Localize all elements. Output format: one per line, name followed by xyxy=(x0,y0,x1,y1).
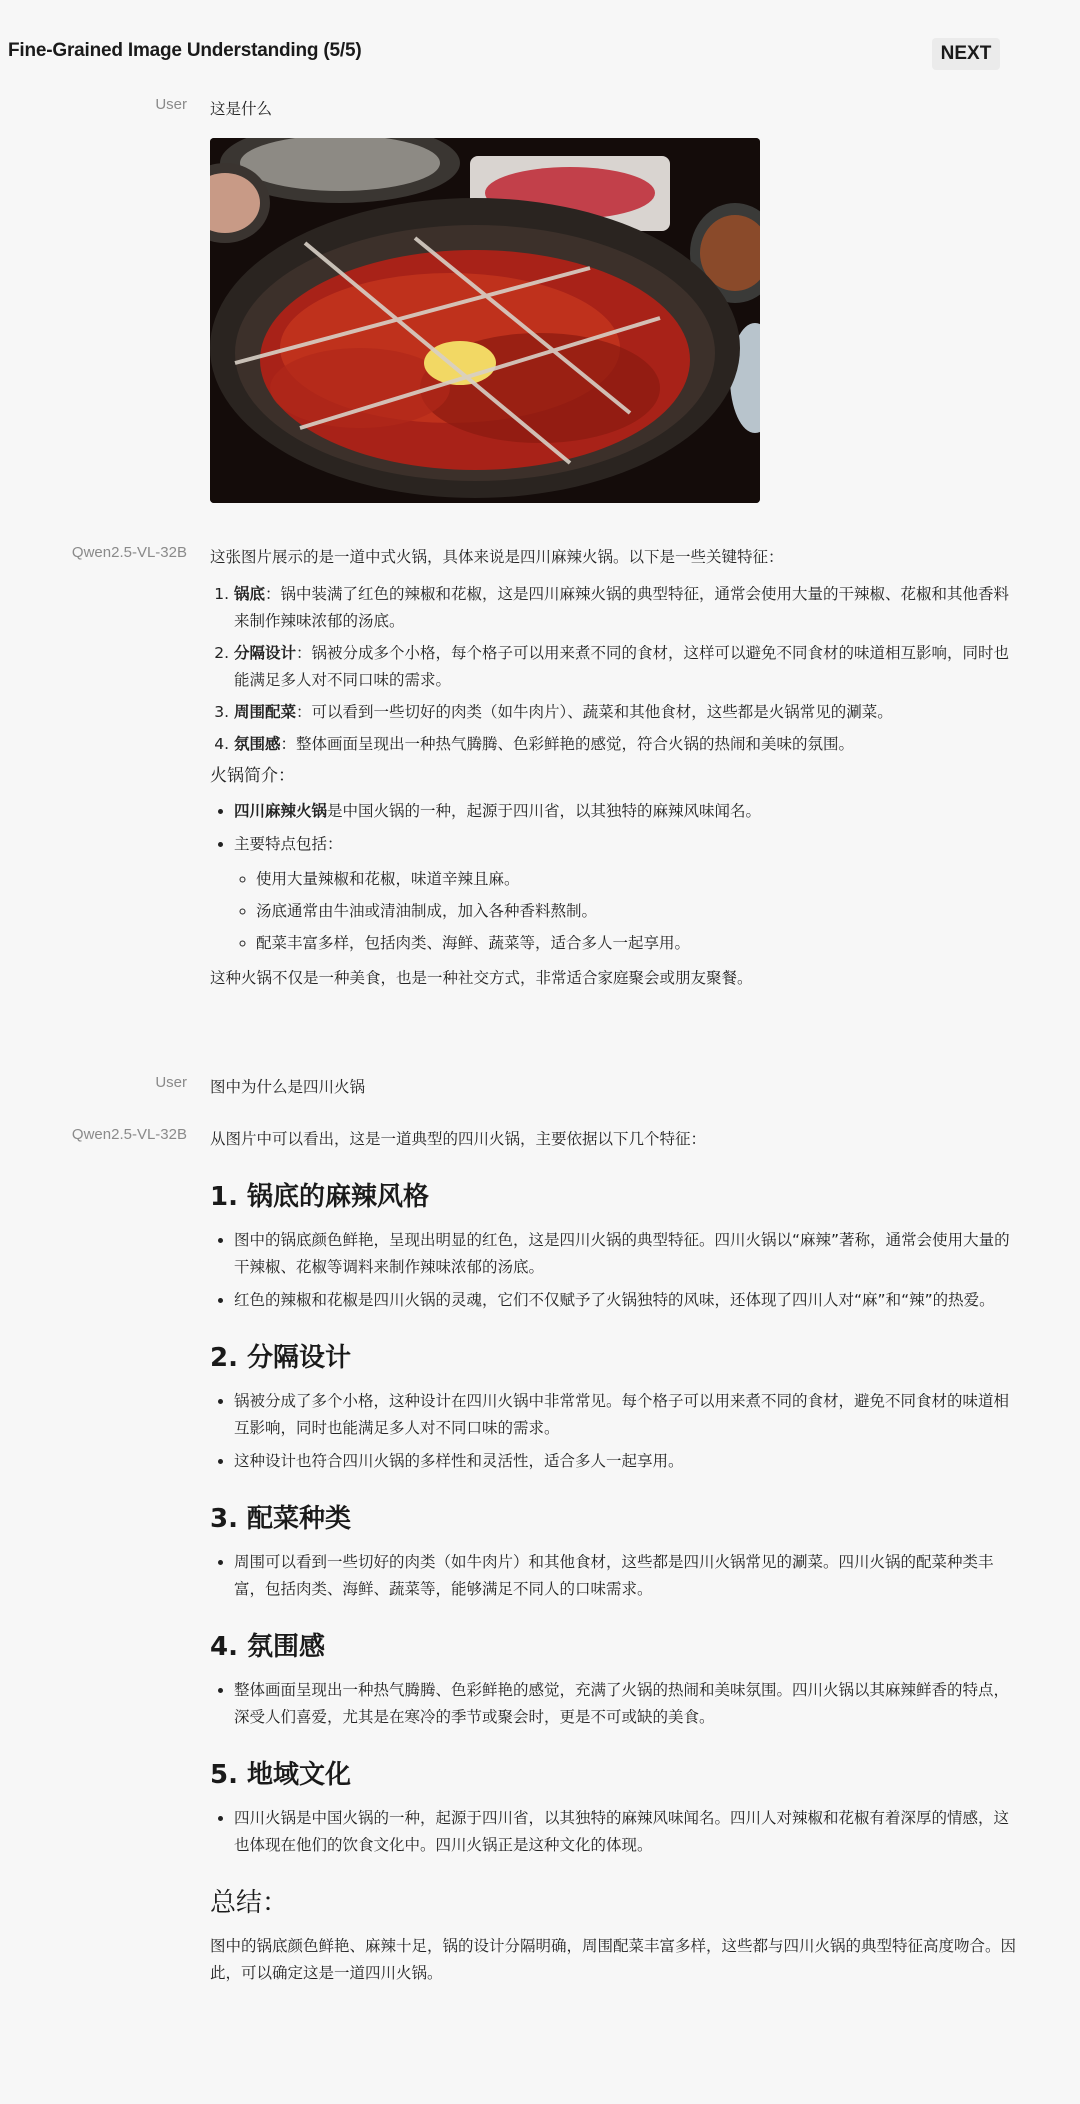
list-item: 锅底：锅中装满了红色的辣椒和花椒，这是四川麻辣火锅的典型特征，通常会使用大量的干… xyxy=(234,581,1020,635)
summary-text: 图中的锅底颜色鲜艳、麻辣十足，锅的设计分隔明确，周围配菜丰富多样，这些都与四川火… xyxy=(210,1933,1020,1987)
role-label: User xyxy=(155,96,187,113)
page-title: Fine-Grained Image Understanding (5/5) xyxy=(8,40,361,62)
message-body: 这张图片展示的是一道中式火锅，具体来说是四川麻辣火锅。以下是一些关键特征： 锅底… xyxy=(210,544,1020,992)
list-item: 周围配菜：可以看到一些切好的肉类（如牛肉片）、蔬菜和其他食材，这些都是火锅常见的… xyxy=(234,699,1020,726)
item-text: ：整体画面呈现出一种热气腾腾、色彩鲜艳的感觉，符合火锅的热闹和美味的氛围。 xyxy=(281,735,855,753)
bullet-list: 图中的锅底颜色鲜艳，呈现出明显的红色，这是四川火锅的典型特征。四川火锅以“麻辣”… xyxy=(210,1227,1020,1314)
list-item: 这种设计也符合四川火锅的多样性和灵活性，适合多人一起享用。 xyxy=(234,1448,1020,1475)
hotpot-image xyxy=(210,138,760,503)
list-item: 四川火锅是中国火锅的一种，起源于四川省，以其独特的麻辣风味闻名。四川人对辣椒和花… xyxy=(234,1805,1020,1859)
section-heading: 火锅简介： xyxy=(210,763,1020,790)
bullet-list: 整体画面呈现出一种热气腾腾、色彩鲜艳的感觉，充满了火锅的热闹和美味氛围。四川火锅… xyxy=(210,1677,1020,1731)
message-text: 图中为什么是四川火锅 xyxy=(210,1074,1020,1101)
section-heading: 3. 配菜种类 xyxy=(210,1503,1020,1535)
item-title: 氛围感 xyxy=(234,735,281,753)
section-heading: 4. 氛围感 xyxy=(210,1631,1020,1663)
item-text: ：锅中装满了红色的辣椒和花椒，这是四川麻辣火锅的典型特征，通常会使用大量的干辣椒… xyxy=(234,585,1009,630)
item-text: 主要特点包括： xyxy=(234,835,343,853)
list-item: 周围可以看到一些切好的肉类（如牛肉片）和其他食材，这些都是四川火锅常见的涮菜。四… xyxy=(234,1549,1020,1603)
message-text: 这是什么 xyxy=(210,96,1020,123)
item-text: ：可以看到一些切好的肉类（如牛肉片）、蔬菜和其他食材，这些都是火锅常见的涮菜。 xyxy=(296,703,893,721)
message-body: 从图片中可以看出，这是一道典型的四川火锅，主要依据以下几个特征： 1. 锅底的麻… xyxy=(210,1126,1020,1987)
item-text: ：锅被分成多个小格，每个格子可以用来煮不同的食材，这样可以避免不同食材的味道相互… xyxy=(234,644,1009,689)
next-button[interactable]: NEXT xyxy=(932,38,1000,70)
list-item: 四川麻辣火锅是中国火锅的一种，起源于四川省，以其独特的麻辣风味闻名。 xyxy=(234,798,1020,825)
role-label: Qwen2.5-VL-32B xyxy=(72,544,187,561)
bullet-list: 四川火锅是中国火锅的一种，起源于四川省，以其独特的麻辣风味闻名。四川人对辣椒和花… xyxy=(210,1805,1020,1859)
list-item: 整体画面呈现出一种热气腾腾、色彩鲜艳的感觉，充满了火锅的热闹和美味氛围。四川火锅… xyxy=(234,1677,1020,1731)
item-title: 周围配菜 xyxy=(234,703,296,721)
list-item: 图中的锅底颜色鲜艳，呈现出明显的红色，这是四川火锅的典型特征。四川火锅以“麻辣”… xyxy=(234,1227,1020,1281)
bullet-list: 周围可以看到一些切好的肉类（如牛肉片）和其他食材，这些都是四川火锅常见的涮菜。四… xyxy=(210,1549,1020,1603)
intro-text: 这张图片展示的是一道中式火锅，具体来说是四川麻辣火锅。以下是一些关键特征： xyxy=(210,544,1020,571)
section-heading: 5. 地域文化 xyxy=(210,1759,1020,1791)
list-item: 氛围感：整体画面呈现出一种热气腾腾、色彩鲜艳的感觉，符合火锅的热闹和美味的氛围。 xyxy=(234,731,1020,758)
sub-list-item: 配菜丰富多样，包括肉类、海鲜、蔬菜等，适合多人一起享用。 xyxy=(256,930,1020,957)
feature-list: 锅底：锅中装满了红色的辣椒和花椒，这是四川麻辣火锅的典型特征，通常会使用大量的干… xyxy=(210,581,1020,758)
sub-list-item: 使用大量辣椒和花椒，味道辛辣且麻。 xyxy=(256,866,1020,893)
section-heading: 2. 分隔设计 xyxy=(210,1342,1020,1374)
hotpot-photo-illustration xyxy=(210,138,760,503)
role-label: User xyxy=(155,1074,187,1091)
item-bold: 四川麻辣火锅 xyxy=(234,802,327,820)
closing-text: 这种火锅不仅是一种美食，也是一种社交方式，非常适合家庭聚会或朋友聚餐。 xyxy=(210,965,1020,992)
intro-text: 从图片中可以看出，这是一道典型的四川火锅，主要依据以下几个特征： xyxy=(210,1126,1020,1153)
list-item: 锅被分成了多个小格，这种设计在四川火锅中非常常见。每个格子可以用来煮不同的食材，… xyxy=(234,1388,1020,1442)
sub-bullet-list: 使用大量辣椒和花椒，味道辛辣且麻。 汤底通常由牛油或清油制成，加入各种香料熬制。… xyxy=(234,866,1020,957)
list-item: 红色的辣椒和花椒是四川火锅的灵魂，它们不仅赋予了火锅独特的风味，还体现了四川人对… xyxy=(234,1287,1020,1314)
role-label: Qwen2.5-VL-32B xyxy=(72,1126,187,1143)
summary-heading: 总结： xyxy=(210,1887,1020,1919)
list-item: 主要特点包括： 使用大量辣椒和花椒，味道辛辣且麻。 汤底通常由牛油或清油制成，加… xyxy=(234,831,1020,957)
item-title: 锅底 xyxy=(234,585,265,603)
bullet-list: 四川麻辣火锅是中国火锅的一种，起源于四川省，以其独特的麻辣风味闻名。 主要特点包… xyxy=(210,798,1020,957)
sub-list-item: 汤底通常由牛油或清油制成，加入各种香料熬制。 xyxy=(256,898,1020,925)
item-text: 是中国火锅的一种，起源于四川省，以其独特的麻辣风味闻名。 xyxy=(327,802,761,820)
list-item: 分隔设计：锅被分成多个小格，每个格子可以用来煮不同的食材，这样可以避免不同食材的… xyxy=(234,640,1020,694)
header-bar: Fine-Grained Image Understanding (5/5) N… xyxy=(0,0,1080,100)
bullet-list: 锅被分成了多个小格，这种设计在四川火锅中非常常见。每个格子可以用来煮不同的食材，… xyxy=(210,1388,1020,1475)
section-heading: 1. 锅底的麻辣风格 xyxy=(210,1181,1020,1213)
item-title: 分隔设计 xyxy=(234,644,296,662)
